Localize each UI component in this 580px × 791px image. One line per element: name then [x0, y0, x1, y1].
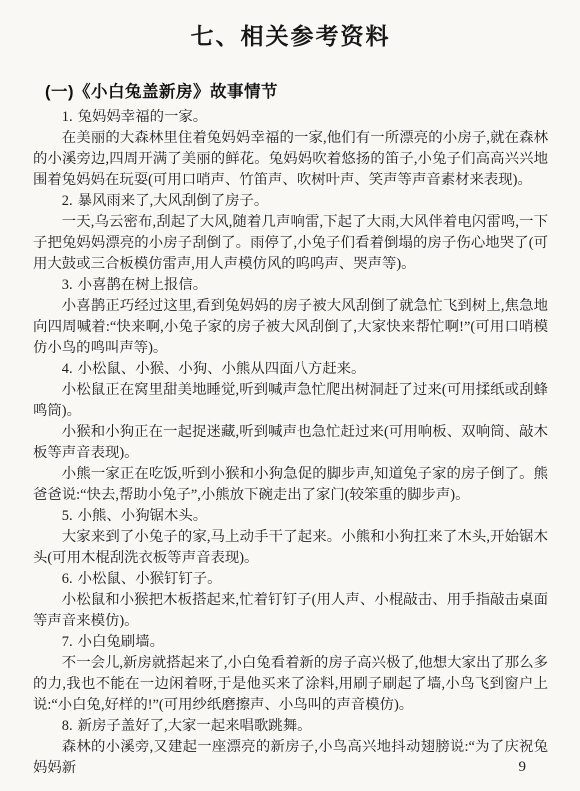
item-number: 1.	[62, 109, 73, 125]
page-title: 七、相关参考资料	[33, 18, 548, 51]
item-paragraph: 一天,乌云密布,刮起了大风,随着几声响雷,下起了大雨,大风伴着电闪雷鸣,一下子把…	[33, 212, 548, 275]
item-paragraph: 小猴和小狗正在一起捉迷藏,听到喊声也急忙赶过来(可用响板、双响筒、敲木板等声音表…	[33, 422, 548, 464]
story-item-8: 8.新房子盖好了,大家一起来唱歌跳舞。 森林的小溪旁,又建起一座漂亮的新房子,小…	[33, 716, 548, 779]
item-title: 暴风雨来了,大风刮倒了房子。	[78, 193, 269, 209]
item-paragraph: 森林的小溪旁,又建起一座漂亮的新房子,小鸟高兴地抖动翅膀说:“为了庆祝兔妈妈新	[33, 737, 548, 779]
item-title: 小松鼠、小猴、小狗、小熊从四面八方赶来。	[78, 361, 366, 377]
item-paragraph: 小松鼠正在窝里甜美地睡觉,听到喊声急忙爬出树洞赶了过来(可用揉纸或刮蜂鸣筒)。	[33, 380, 548, 422]
item-title: 新房子盖好了,大家一起来唱歌跳舞。	[78, 718, 312, 734]
item-title: 小熊、小狗锯木头。	[78, 508, 208, 524]
item-number: 2.	[62, 193, 73, 209]
story-item-7: 7.小白兔刷墙。 不一会儿,新房就搭起来了,小白兔看着新的房子高兴极了,他想大家…	[33, 632, 548, 716]
item-title: 小喜鹊在树上报信。	[78, 277, 208, 293]
item-paragraph: 不一会儿,新房就搭起来了,小白兔看着新的房子高兴极了,他想大家出了那么多的力,我…	[33, 653, 548, 716]
story-item-5: 5.小熊、小狗锯木头。 大家来到了小兔子的家,马上动手干了起来。小熊和小狗扛来了…	[33, 506, 548, 569]
story-item-4: 4.小松鼠、小猴、小狗、小熊从四面八方赶来。 小松鼠正在窝里甜美地睡觉,听到喊声…	[33, 359, 548, 506]
item-number: 8.	[62, 718, 73, 734]
item-number: 5.	[62, 508, 73, 524]
document-page: 七、相关参考资料 (一)《小白兔盖新房》故事情节 1.兔妈妈幸福的一家。 在美丽…	[0, 0, 580, 791]
story-item-6: 6.小松鼠、小猴钉钉子。 小松鼠和小猴把木板搭起来,忙着钉钉子(用人声、小棍敲击…	[33, 569, 548, 632]
item-number: 7.	[62, 634, 73, 650]
item-title: 小白兔刷墙。	[78, 634, 164, 650]
item-heading: 4.小松鼠、小猴、小狗、小熊从四面八方赶来。	[33, 359, 548, 380]
item-paragraph: 小松鼠和小猴把木板搭起来,忙着钉钉子(用人声、小棍敲击、用手指敲击桌面等声音来模…	[33, 590, 548, 632]
item-number: 6.	[62, 571, 73, 587]
story-item-1: 1.兔妈妈幸福的一家。 在美丽的大森林里住着兔妈妈幸福的一家,他们有一所漂亮的小…	[33, 107, 548, 191]
item-heading: 6.小松鼠、小猴钉钉子。	[33, 569, 548, 590]
item-heading: 7.小白兔刷墙。	[33, 632, 548, 653]
story-item-3: 3.小喜鹊在树上报信。 小喜鹊正巧经过这里,看到兔妈妈的房子被大风刮倒了就急忙飞…	[33, 275, 548, 359]
page-number: 9	[519, 759, 527, 776]
story-body: 1.兔妈妈幸福的一家。 在美丽的大森林里住着兔妈妈幸福的一家,他们有一所漂亮的小…	[33, 107, 548, 779]
item-heading: 2.暴风雨来了,大风刮倒了房子。	[33, 191, 548, 212]
item-number: 3.	[62, 277, 73, 293]
story-item-2: 2.暴风雨来了,大风刮倒了房子。 一天,乌云密布,刮起了大风,随着几声响雷,下起…	[33, 191, 548, 275]
item-paragraph: 大家来到了小兔子的家,马上动手干了起来。小熊和小狗扛来了木头,开始锯木头(可用木…	[33, 527, 548, 569]
section-heading: (一)《小白兔盖新房》故事情节	[33, 78, 548, 102]
item-heading: 1.兔妈妈幸福的一家。	[33, 107, 548, 128]
item-title: 兔妈妈幸福的一家。	[78, 109, 208, 125]
item-heading: 5.小熊、小狗锯木头。	[33, 506, 548, 527]
item-number: 4.	[62, 361, 73, 377]
item-paragraph: 小熊一家正在吃饭,听到小猴和小狗急促的脚步声,知道兔子家的房子倒了。熊爸爸说:“…	[33, 464, 548, 506]
item-heading: 3.小喜鹊在树上报信。	[33, 275, 548, 296]
item-paragraph: 小喜鹊正巧经过这里,看到兔妈妈的房子被大风刮倒了就急忙飞到树上,焦急地向四周喊着…	[33, 296, 548, 359]
item-title: 小松鼠、小猴钉钉子。	[78, 571, 222, 587]
item-heading: 8.新房子盖好了,大家一起来唱歌跳舞。	[33, 716, 548, 737]
item-paragraph: 在美丽的大森林里住着兔妈妈幸福的一家,他们有一所漂亮的小房子,就在森林的小溪旁边…	[33, 128, 548, 191]
